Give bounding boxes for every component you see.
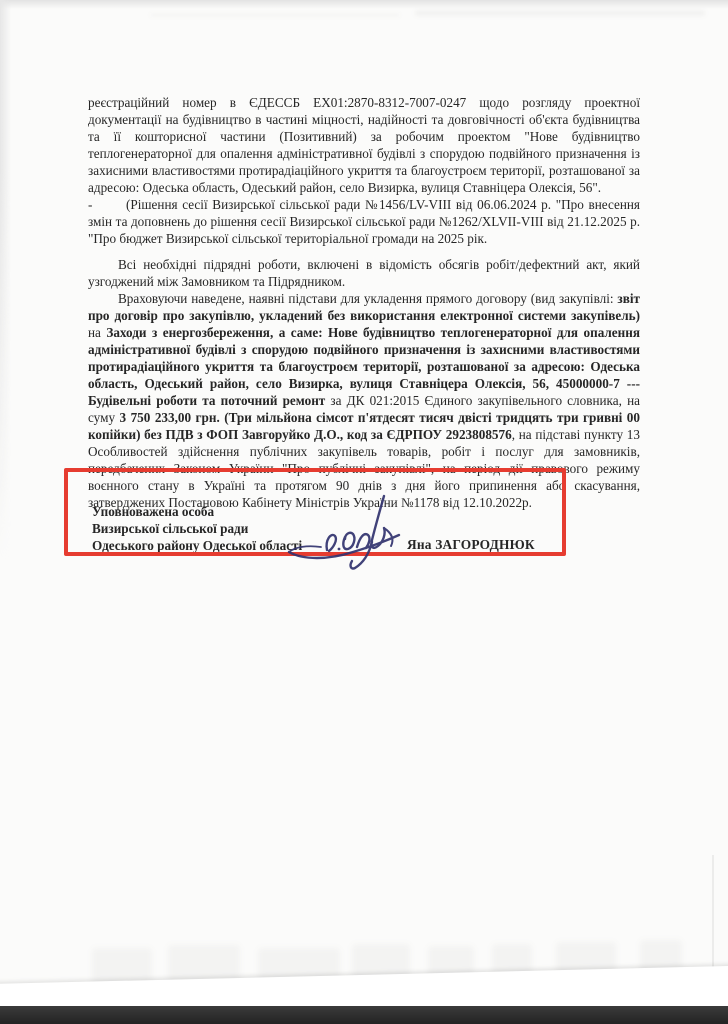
list-dash: -: [88, 196, 126, 213]
scan-edge-left: [0, 0, 11, 560]
paragraph: -(Рішення сесії Визирської сільської рад…: [88, 196, 640, 247]
bleedthrough-smudge: [415, 10, 705, 16]
paragraph: реєстраційний номер в ЄДЕССБ ЕХ01:2870-8…: [88, 94, 640, 196]
scanner-background-bar: [0, 1006, 728, 1024]
scan-edge-top: [0, 0, 728, 9]
bleedthrough-smudge: [150, 13, 400, 17]
document-body: реєстраційний номер в ЄДЕССБ ЕХ01:2870-8…: [88, 94, 640, 511]
handwritten-signature: [283, 490, 418, 576]
scanned-page: реєстраційний номер в ЄДЕССБ ЕХ01:2870-8…: [0, 0, 728, 1024]
paragraph: Всі необхідні підрядні роботи, включені …: [88, 256, 640, 290]
